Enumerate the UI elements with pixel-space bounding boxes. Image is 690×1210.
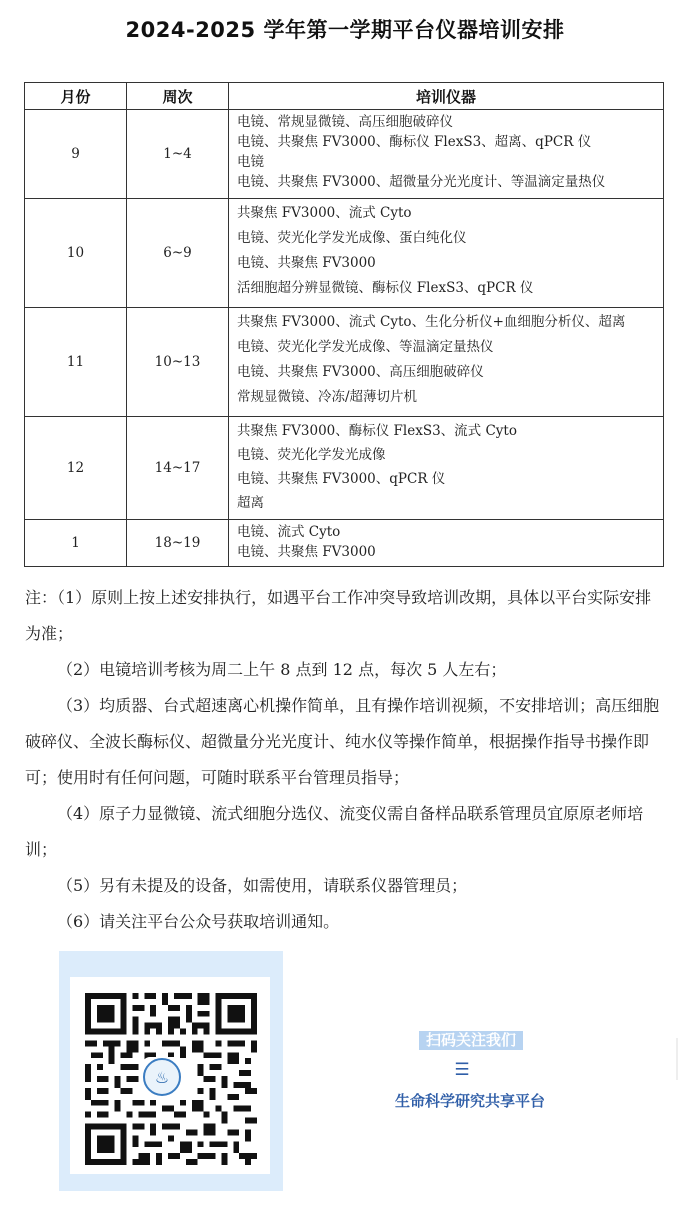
- instrument-line: 电镜、共聚焦 FV3000、高压细胞破碎仪: [237, 360, 655, 385]
- instrument-line: 活细胞超分辨显微镜、酶标仪 FlexS3、qPCR 仪: [237, 276, 655, 301]
- month-cell: 11: [25, 308, 127, 417]
- weeks-cell: 14~17: [127, 417, 229, 520]
- instruments-cell: 共聚焦 FV3000、酶标仪 FlexS3、流式 Cyto 电镜、荧光化学发光成…: [229, 417, 664, 520]
- instrument-line: 电镜、常规显微镜、高压细胞破碎仪: [237, 112, 655, 132]
- note-5: （5）另有未提及的设备，如需使用，请联系仪器管理员；: [25, 868, 665, 904]
- note-4: （4）原子力显微镜、流式细胞分选仪、流变仪需自备样品联系管理员宜原原老师培训；: [25, 796, 665, 868]
- logo-emblem-icon: ♨: [143, 1058, 181, 1096]
- month-cell: 12: [25, 417, 127, 520]
- note-6: （6）请关注平台公众号获取培训通知。: [25, 904, 665, 940]
- instrument-line: 常规显微镜、冷冻/超薄切片机: [237, 385, 655, 410]
- instruments-cell: 共聚焦 FV3000、流式 Cyto、生化分析仪+血细胞分析仪、超离 电镜、荧光…: [229, 308, 664, 417]
- platform-name: 生命科学研究共享平台: [380, 1090, 560, 1111]
- note-3: （3）均质器、台式超速离心机操作简单，且有操作培训视频，不安排培训；高压细胞破碎…: [25, 688, 665, 796]
- weeks-cell: 1~4: [127, 110, 229, 199]
- instrument-line: 超离: [237, 491, 655, 515]
- month-cell: 1: [25, 520, 127, 567]
- instrument-line: 电镜、共聚焦 FV3000、超微量分光光度计、等温滴定量热仪: [237, 172, 655, 192]
- instruments-cell: 电镜、常规显微镜、高压细胞破碎仪 电镜、共聚焦 FV3000、酶标仪 FlexS…: [229, 110, 664, 199]
- instrument-line: 共聚焦 FV3000、流式 Cyto: [237, 201, 655, 226]
- instrument-line: 电镜、荧光化学发光成像: [237, 443, 655, 467]
- qr-card: ♨: [70, 977, 270, 1174]
- header-month: 月份: [25, 83, 127, 110]
- scan-to-follow-label: 扫码关注我们: [419, 1031, 523, 1050]
- table-row: 10 6~9 共聚焦 FV3000、流式 Cyto 电镜、荧光化学发光成像、蛋白…: [25, 199, 664, 308]
- table-row: 1 18~19 电镜、流式 Cyto 电镜、共聚焦 FV3000: [25, 520, 664, 567]
- table-row: 12 14~17 共聚焦 FV3000、酶标仪 FlexS3、流式 Cyto 电…: [25, 417, 664, 520]
- weeks-cell: 10~13: [127, 308, 229, 417]
- qr-panel: ♨: [59, 951, 283, 1191]
- notes-section: 注：（1）原则上按上述安排执行，如遇平台工作冲突导致培训改期，具体以平台实际安排…: [25, 580, 665, 940]
- note-1: 注：（1）原则上按上述安排执行，如遇平台工作冲突导致培训改期，具体以平台实际安排…: [25, 580, 665, 652]
- instrument-line: 电镜、荧光化学发光成像、蛋白纯化仪: [237, 226, 655, 251]
- header-weeks: 周次: [127, 83, 229, 110]
- month-cell: 10: [25, 199, 127, 308]
- instrument-line: 电镜、共聚焦 FV3000、qPCR 仪: [237, 467, 655, 491]
- weeks-cell: 18~19: [127, 520, 229, 567]
- instrument-line: 电镜、流式 Cyto: [237, 522, 655, 542]
- instrument-line: 共聚焦 FV3000、流式 Cyto、生化分析仪+血细胞分析仪、超离: [237, 310, 655, 335]
- menu-icon: ☰: [452, 1060, 472, 1080]
- page-title: 2024-2025 学年第一学期平台仪器培训安排: [0, 14, 690, 44]
- weeks-cell: 6~9: [127, 199, 229, 308]
- header-instruments: 培训仪器: [229, 83, 664, 110]
- page-edge-divider: [676, 1038, 678, 1080]
- table-row: 9 1~4 电镜、常规显微镜、高压细胞破碎仪 电镜、共聚焦 FV3000、酶标仪…: [25, 110, 664, 199]
- note-2: （2）电镜培训考核为周二上午 8 点到 12 点，每次 5 人左右；: [25, 652, 665, 688]
- month-cell: 9: [25, 110, 127, 199]
- table-row: 11 10~13 共聚焦 FV3000、流式 Cyto、生化分析仪+血细胞分析仪…: [25, 308, 664, 417]
- instrument-line: 共聚焦 FV3000、酶标仪 FlexS3、流式 Cyto: [237, 419, 655, 443]
- instrument-line: 电镜、共聚焦 FV3000、酶标仪 FlexS3、超离、qPCR 仪: [237, 132, 655, 152]
- instrument-line: 电镜、共聚焦 FV3000: [237, 251, 655, 276]
- training-schedule-table: 月份 周次 培训仪器 9 1~4 电镜、常规显微镜、高压细胞破碎仪 电镜、共聚焦…: [24, 82, 664, 567]
- instrument-line: 电镜、荧光化学发光成像、等温滴定量热仪: [237, 335, 655, 360]
- platform-logo-icon: ♨: [142, 1057, 182, 1097]
- instruments-cell: 共聚焦 FV3000、流式 Cyto 电镜、荧光化学发光成像、蛋白纯化仪 电镜、…: [229, 199, 664, 308]
- table-header-row: 月份 周次 培训仪器: [25, 83, 664, 110]
- instrument-line: 电镜: [237, 152, 655, 172]
- instruments-cell: 电镜、流式 Cyto 电镜、共聚焦 FV3000: [229, 520, 664, 567]
- instrument-line: 电镜、共聚焦 FV3000: [237, 542, 655, 562]
